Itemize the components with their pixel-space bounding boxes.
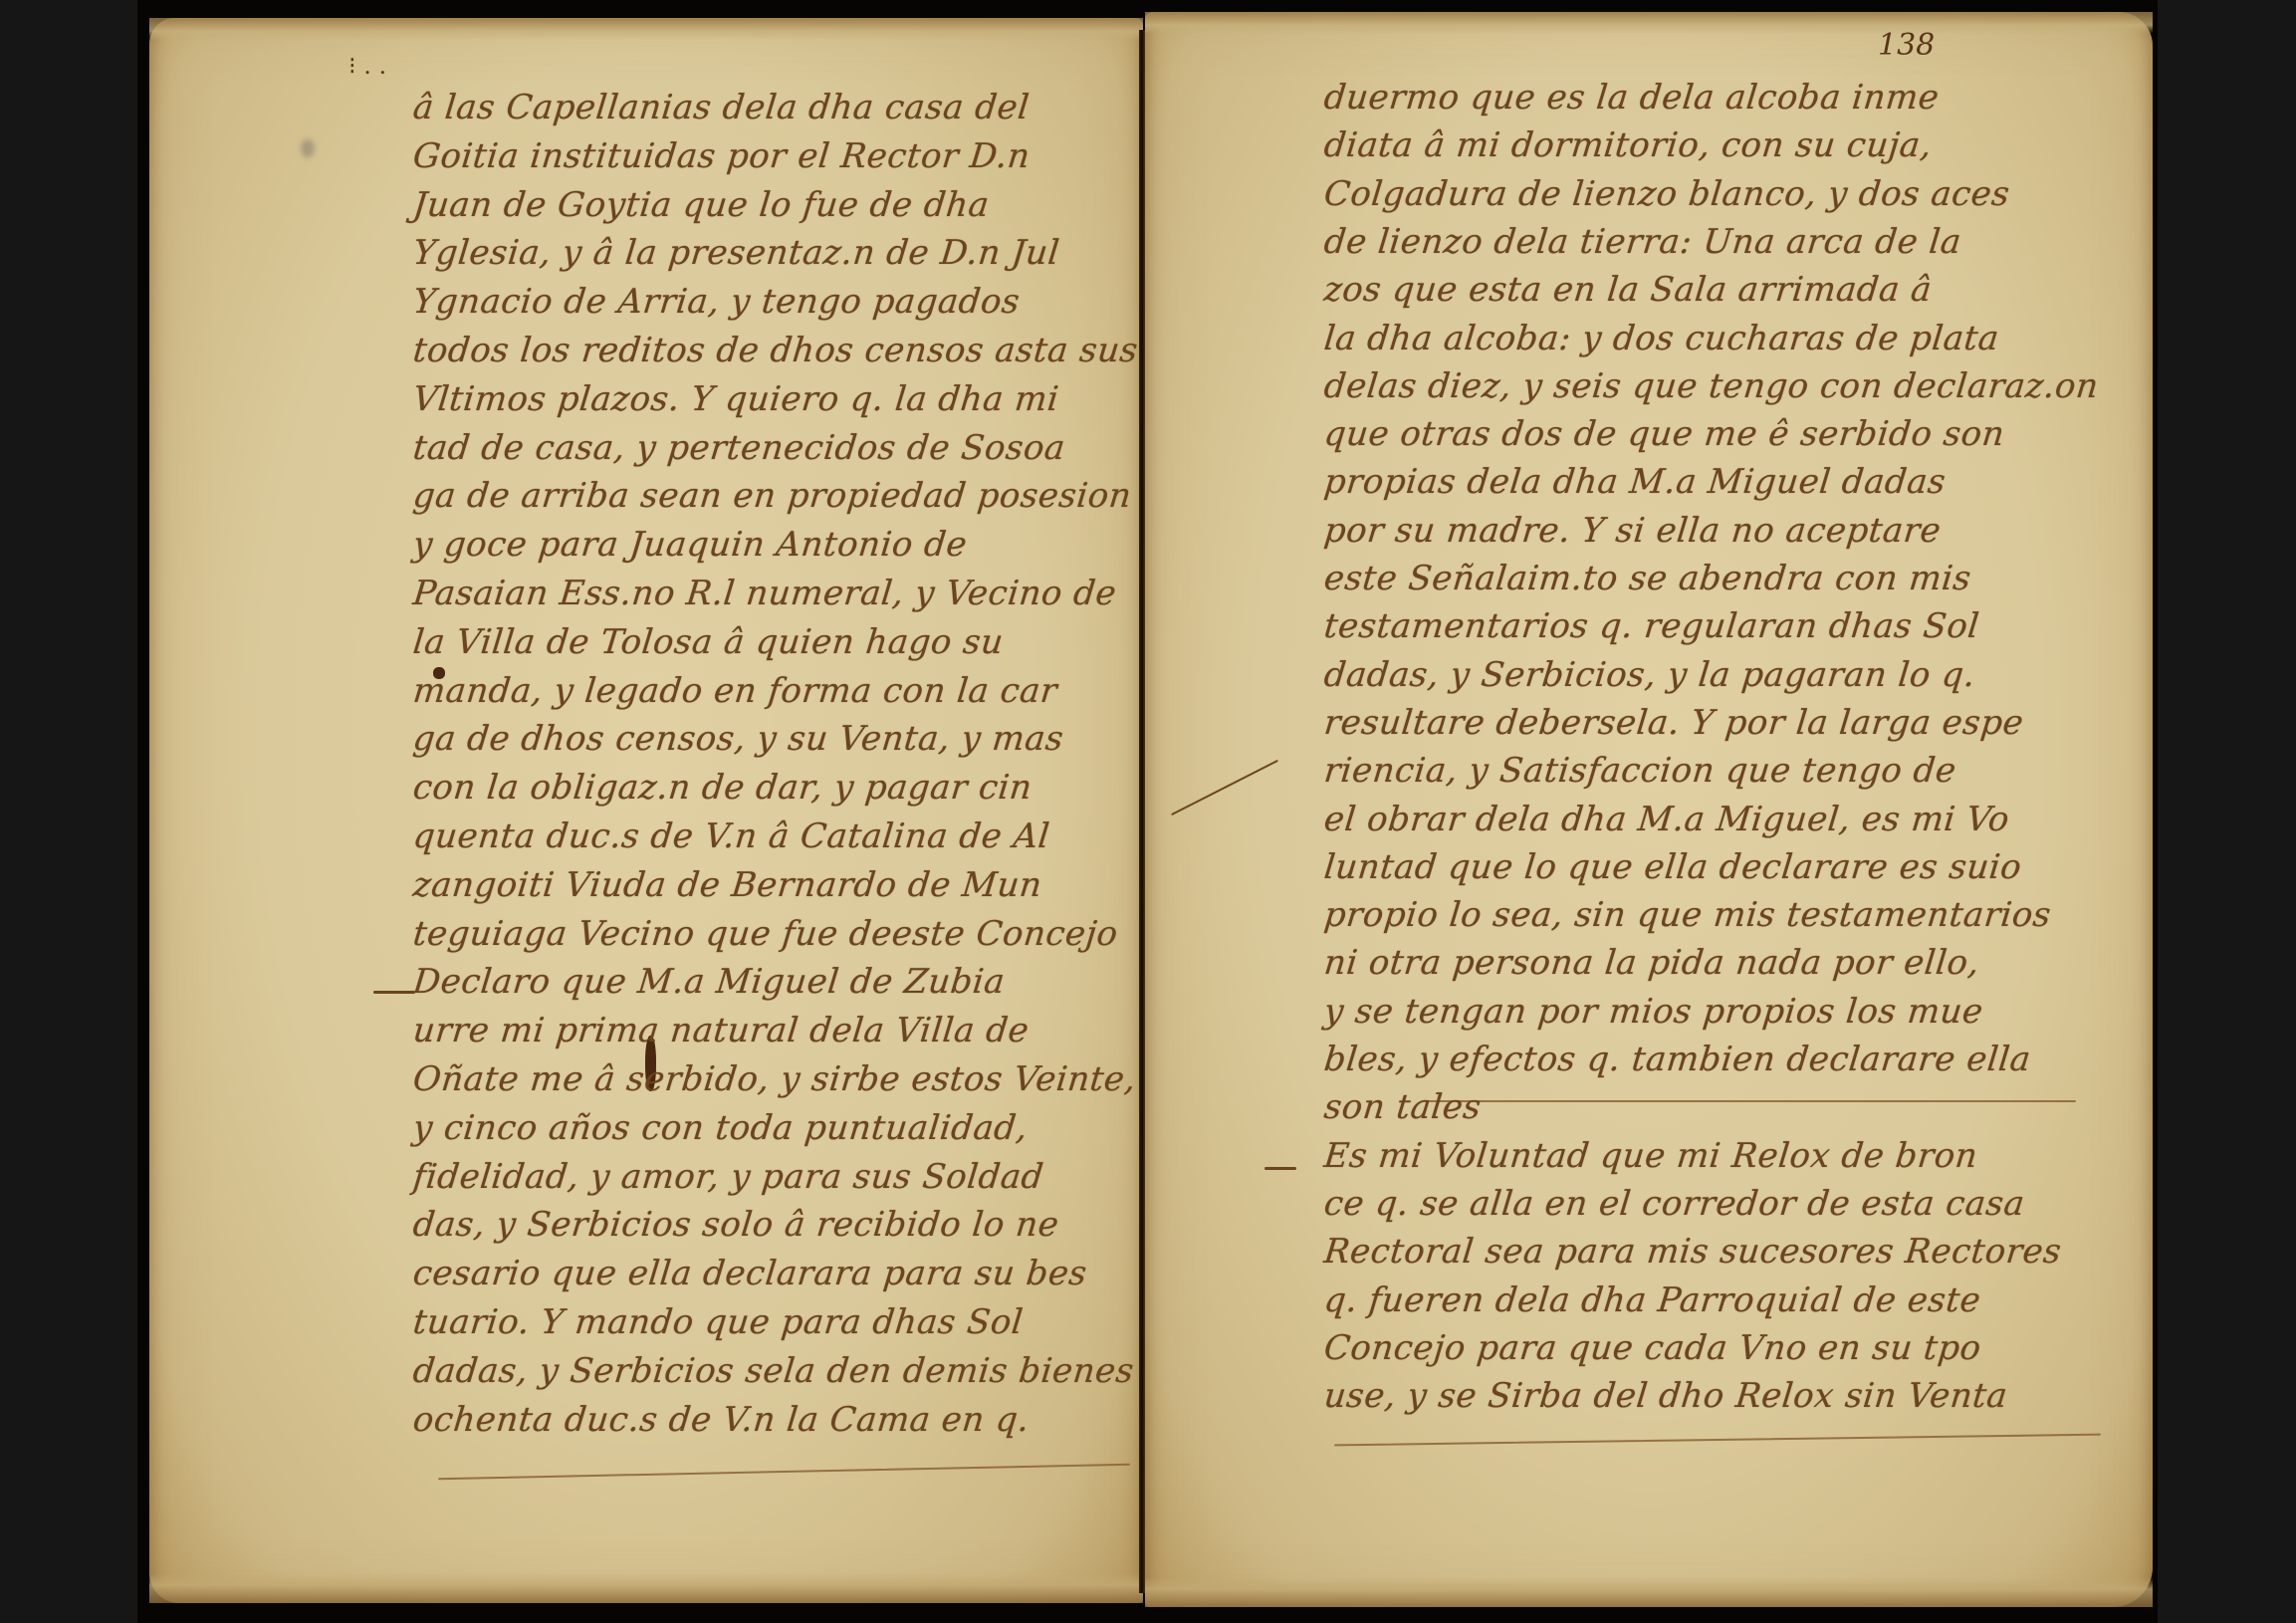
text-line: Oñate me â serbido, y sirbe estos Veinte… (411, 1059, 1138, 1099)
text-line: ochenta duc.s de V.n la Cama en q. (411, 1400, 1032, 1440)
text-line: cesario que ella declarara para su bes (411, 1254, 1089, 1293)
text-line: dadas, y Serbicios, y la pagaran lo q. (1322, 655, 1977, 695)
text-line: el obrar dela dha M.a Miguel, es mi Vo (1322, 800, 2011, 839)
text-line: tuario. Y mando que para dhas Sol (411, 1302, 1026, 1342)
text-line: dadas, y Serbicios sela den demis bienes (411, 1351, 1136, 1391)
text-line: Declaro que M.a Miguel de Zubia (411, 962, 1007, 1002)
margin-mark: ⁝ . . (348, 52, 386, 80)
left-page-bottom-edge (149, 1573, 1143, 1603)
text-line: urre mi prima natural dela Villa de (411, 1011, 1031, 1050)
text-line: resultare debersela. Y por la larga espe (1322, 703, 2025, 743)
text-line: ce q. se alla en el corredor de esta cas… (1322, 1184, 2027, 1224)
text-line: fidelidad, y amor, y para sus Soldad (411, 1157, 1045, 1197)
text-line: que otras dos de que me ê serbido son (1322, 414, 2006, 454)
text-line: â las Capellanias dela dha casa del (411, 88, 1032, 127)
text-line: zos que esta en la Sala arrimada â (1322, 270, 1934, 310)
text-line: de lienzo dela tierra: Una arca de la (1322, 222, 1963, 262)
text-line: y goce para Juaquin Antonio de (411, 525, 969, 565)
text-line: diata â mi dormitorio, con su cuja, (1322, 125, 1934, 165)
right-page-bottom-edge (1145, 1577, 2153, 1607)
text-line: manda, y legado en forma con la car (411, 671, 1059, 711)
text-line: la Villa de Tolosa â quien hago su (411, 622, 1006, 662)
text-line: quenta duc.s de V.n â Catalina de Al (411, 816, 1051, 856)
book-gutter (1139, 30, 1145, 1593)
text-line: son tales (1322, 1087, 1484, 1127)
text-line: este Señalaim.to se abendra con mis (1322, 559, 1973, 598)
text-line: delas diez, y seis que tengo con declara… (1322, 366, 2101, 406)
text-line: duermo que es la dela alcoba inme (1322, 78, 1942, 117)
right-margin-dash (1264, 1167, 1296, 1170)
text-line: Colgadura de lienzo blanco, y dos aces (1322, 174, 2012, 214)
folio-number: 138 (1878, 28, 1935, 63)
text-line: teguiaga Vecino que fue deeste Concejo (411, 914, 1120, 954)
text-line: zangoiti Viuda de Bernardo de Mun (411, 865, 1044, 905)
text-line: Rectoral sea para mis sucesores Rectores (1322, 1232, 2063, 1272)
text-line: Goitia instituidas por el Rector D.n (411, 136, 1033, 176)
text-line: propio lo sea, sin que mis testamentario… (1322, 895, 2053, 935)
text-line: tad de casa, y pertenecidos de Sosoa (411, 428, 1067, 468)
text-line: la dha alcoba: y dos cucharas de plata (1322, 319, 2001, 358)
text-line: use, y se Sirba del dho Relox sin Venta (1322, 1376, 2009, 1416)
text-line: Juan de Goytia que lo fue de dha (411, 185, 992, 225)
text-line: por su madre. Y si ella no aceptare (1322, 511, 1943, 551)
text-line: propias dela dha M.a Miguel dadas (1322, 462, 1948, 502)
text-line: y se tengan por mios propios los mue (1322, 992, 1985, 1032)
left-page-top-edge (149, 18, 1143, 40)
text-line: Pasaian Ess.no R.l numeral, y Vecino de (411, 574, 1118, 613)
text-line: Es mi Voluntad que mi Relox de bron (1322, 1136, 1979, 1176)
text-line: riencia, y Satisfaccion que tengo de (1322, 751, 1958, 791)
son-tales-rule (1429, 1100, 2076, 1102)
text-line: Vltimos plazos. Y quiero q. la dha mi (411, 379, 1061, 419)
text-line: bles, y efectos q. tambien declarare ell… (1322, 1040, 2033, 1079)
grey-stain (301, 139, 315, 157)
text-line: ga de dhos censos, y su Venta, y mas (411, 719, 1065, 759)
text-line: Yglesia, y â la presentaz.n de D.n Jul (411, 233, 1061, 273)
text-line: y cinco años con toda puntualidad, (411, 1108, 1030, 1148)
text-line: todos los reditos de dhos censos asta su… (411, 331, 1140, 370)
left-margin-dash (373, 991, 415, 994)
text-line: con la obligaz.n de dar, y pagar cin (411, 768, 1034, 808)
text-line: Ygnacio de Arria, y tengo pagados (411, 282, 1022, 322)
text-line: ni otra persona la pida nada por ello, (1322, 943, 1981, 983)
text-line: testamentarios q. regularan dhas Sol (1322, 606, 1981, 646)
text-line: luntad que lo que ella declarare es suio (1322, 847, 2024, 887)
text-line: das, y Serbicios solo â recibido lo ne (411, 1205, 1061, 1245)
text-line: Concejo para que cada Vno en su tpo (1322, 1328, 1983, 1368)
text-line: ga de arriba sean en propiedad posesion (411, 476, 1133, 516)
text-line: q. fueren dela dha Parroquial de este (1322, 1280, 1982, 1320)
right-page-top-edge (1145, 12, 2153, 34)
